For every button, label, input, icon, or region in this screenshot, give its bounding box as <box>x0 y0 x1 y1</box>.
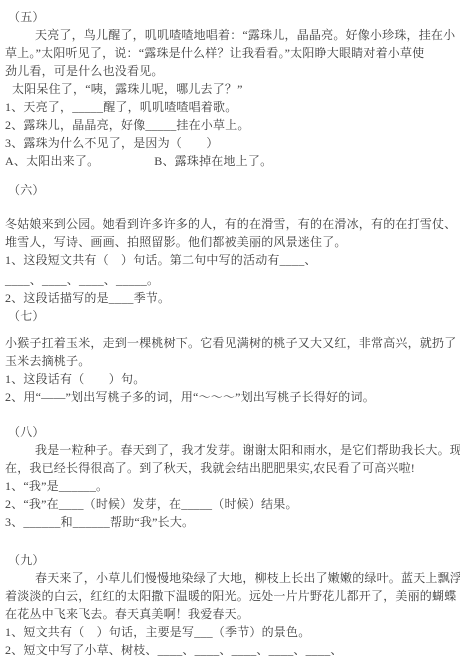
section-five-story-line-2: 草上。”太阳听见了，说：“露珠是什么样？让我看看。”太阳睁大眼睛对着小草使 <box>5 44 456 62</box>
section-seven-story-line-1: 小猴子扛着玉米，走到一棵桃树下。它看见满树的桃子又大又红，非常高兴，就扔了 <box>5 334 456 352</box>
section-six-story-line-2: 堆雪人，写诗、画画、拍照留影。他们都被美丽的风景迷住了。 <box>5 233 456 251</box>
section-nine-story-line-1: 春天来了，小草儿们慢慢地染绿了大地，柳枝上长出了嫩嫩的绿叶。蓝天上飘浮 <box>5 569 456 587</box>
section-seven-question-1: 1、这段话有（ ）句。 <box>5 370 456 388</box>
section-nine-story-line-3: 在花丛中飞来飞去。春天真美啊！我爱春天。 <box>5 605 456 623</box>
section-five-question-1: 1、天亮了，_____醒了，叽叽喳喳唱着歌。 <box>5 98 456 116</box>
section-eight-question-1: 1、“我”是______。 <box>5 477 456 495</box>
section-five-choices: A、太阳出来了。 B、露珠掉在地上了。 <box>5 152 456 170</box>
section-eight-question-2: 2、“我”在____（时候）发芽，在_____（时候）结果。 <box>5 495 456 513</box>
section-nine-story-line-2: 着淡淡的白云，红红的太阳撒下温暖的阳光。远处一片片野花儿都开了，美丽的蝴蝶 <box>5 587 456 605</box>
section-seven-heading: （七） <box>8 307 456 325</box>
section-six-question-2: 2、这段话描写的是____季节。 <box>5 289 456 307</box>
section-five-question-3: 3、露珠为什么不见了，是因为（ ） <box>5 134 456 152</box>
section-six-question-1-blanks: ____、____、____、_____。 <box>5 271 456 289</box>
section-five-question-2: 2、露珠儿，晶晶亮，好像_____挂在小草上。 <box>5 116 456 134</box>
section-eight-question-3: 3、______和______帮助“我”长大。 <box>5 513 456 531</box>
section-nine-heading: （九） <box>8 551 456 569</box>
section-seven-story-line-2: 玉米去摘桃子。 <box>5 352 456 370</box>
section-eight-heading: （八） <box>8 423 456 441</box>
section-five-story-line-4: 太阳呆住了，“咦，露珠儿呢，哪儿去了？” <box>5 80 456 98</box>
section-six-story-line-1: 冬姑娘来到公园。她看到许多许多的人，有的在滑雪，有的在滑冰，有的在打雪仗、 <box>5 215 456 233</box>
section-eight-story-line-2: 在，我已经长得很高了。到了秋天，我就会结出肥肥果实,农民看了可高兴啦! <box>5 459 456 477</box>
section-nine-question-1: 1、短文共有（ ）句话，主要是写___（季节）的景色。 <box>5 623 456 641</box>
section-nine-question-2: 2、短文中写了小草、树枝、____、____、____、____、____、 <box>5 641 456 659</box>
section-five-story-line-1: 天亮了，鸟儿醒了，叽叽喳喳地唱着：“露珠儿，晶晶亮。好像小珍珠，挂在小 <box>5 26 456 44</box>
section-five-story-line-3: 劲儿看，可是什么也没看见。 <box>5 62 456 80</box>
section-five-heading: （五） <box>8 8 456 26</box>
section-seven-question-2: 2、用“——”划出写桃子多的词，用“～～～”划出写桃子长得好的词。 <box>5 388 456 406</box>
worksheet-page: （五） 天亮了，鸟儿醒了，叽叽喳喳地唱着：“露珠儿，晶晶亮。好像小珍珠，挂在小 … <box>0 0 460 664</box>
section-eight-story-line-1: 我是一粒种子。春天到了，我才发芽。谢谢太阳和雨水，是它们帮助我长大。现 <box>5 441 456 459</box>
section-six-heading: （六） <box>8 181 456 199</box>
section-six-question-1: 1、这段短文共有（ ）句话。第二句中写的活动有____、 <box>5 251 456 269</box>
